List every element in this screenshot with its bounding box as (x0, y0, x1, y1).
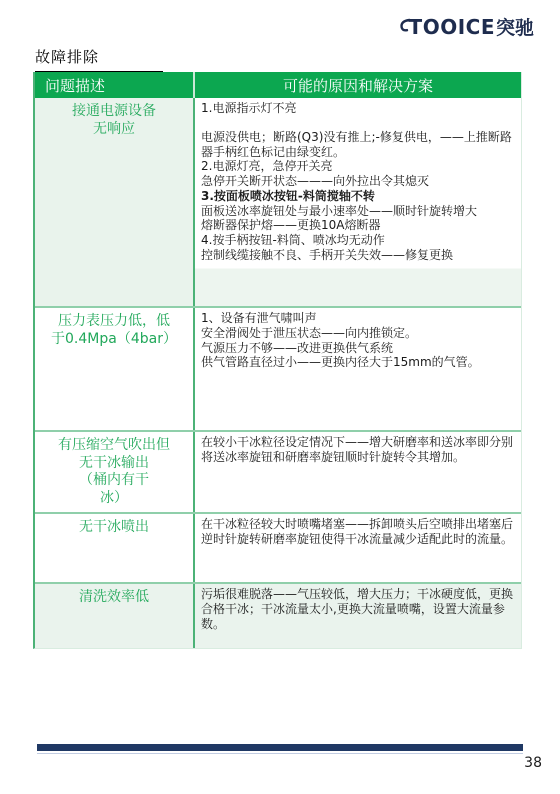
solution-cell: 1、设备有泄气啸叫声 安全滑阀处于泄压状态——向内推锁定。 气源压力不够——改进… (193, 308, 521, 430)
header-problem: 问题描述 (35, 72, 193, 98)
solution-line: 1、设备有泄气啸叫声 (201, 311, 515, 326)
problem-line: 有压缩空气吹出但 (39, 437, 189, 455)
problem-line: 冰） (39, 490, 189, 508)
solution-cell: 污垢很难脱落——气压较低，增大压力；干冰硬度低，更换合格干冰；干冰流量太小,更换… (193, 584, 521, 648)
page-number: 38 (524, 755, 542, 771)
solution-line: 污垢很难脱落——气压较低，增大压力；干冰硬度低，更换合格干冰；干冰流量太小,更换… (201, 587, 515, 631)
problem-line: 无响应 (39, 121, 189, 139)
table-row: 无干冰喷出 在干冰粒径较大时喷嘴堵塞——拆卸喷头后空喷排出堵塞后逆时针旋转研磨率… (35, 512, 521, 582)
problem-cell: 压力表压力低，低 于0.4Mpa（4bar） (35, 308, 193, 430)
brand-logo: TOOICE 突驰 (398, 13, 534, 40)
solution-line (201, 116, 515, 130)
solution-line: 急停开关断开状态———向外拉出令其熄灭 (201, 174, 515, 189)
solution-line: 4.按手柄按钮-料筒、喷冰均无动作 (201, 233, 515, 248)
solution-line: 1.电源指示灯不亮 (201, 101, 515, 116)
solution-line: 安全滑阀处于泄压状态——向内推锁定。 (201, 326, 515, 341)
problem-line: 无干冰输出 (39, 455, 189, 473)
logo-text-cn: 突驰 (496, 13, 534, 40)
problem-cell: 无干冰喷出 (35, 514, 193, 582)
header-solution: 可能的原因和解决方案 (193, 72, 521, 98)
troubleshooting-table: 问题描述 可能的原因和解决方案 接通电源设备 无响应 1.电源指示灯不亮 电源没… (33, 72, 522, 649)
solution-cell: 1.电源指示灯不亮 电源没供电；断路(Q3)没有推上;-修复供电，——上推断路器… (193, 98, 521, 306)
solution-cell: 在干冰粒径较大时喷嘴堵塞——拆卸喷头后空喷排出堵塞后逆时针旋转研磨率旋钮使得干冰… (193, 514, 521, 582)
problem-line: 接通电源设备 (39, 103, 189, 121)
solution-line: 3.按面板喷冰按钮-料筒搅轴不转 (201, 189, 515, 204)
table-row: 压力表压力低，低 于0.4Mpa（4bar） 1、设备有泄气啸叫声 安全滑阀处于… (35, 306, 521, 430)
solution-line: 熔断器保护熔——更换10A熔断器 (201, 218, 515, 233)
solution-line: 电源没供电；断路(Q3)没有推上;-修复供电，——上推断路器手柄红色标记由绿变红… (201, 130, 515, 160)
solution-line: 在较小干冰粒径设定情况下——增大研磨率和送冰率即分别将送冰率旋钮和研磨率旋钮顺时… (201, 435, 515, 465)
problem-cell: 有压缩空气吹出但 无干冰输出 （桶内有干 冰） (35, 432, 193, 512)
logo-text-en: TOOICE (409, 15, 495, 39)
solution-line: 供气管路直径过小——更换内径大于15mm的气管。 (201, 355, 515, 370)
table-header-row: 问题描述 可能的原因和解决方案 (35, 72, 521, 98)
solution-line: 在干冰粒径较大时喷嘴堵塞——拆卸喷头后空喷排出堵塞后逆时针旋转研磨率旋钮使得干冰… (201, 517, 515, 547)
problem-cell: 接通电源设备 无响应 (35, 98, 193, 306)
problem-cell: 清洗效率低 (35, 584, 193, 648)
table-row: 清洗效率低 污垢很难脱落——气压较低，增大压力；干冰硬度低，更换合格干冰；干冰流… (35, 582, 521, 648)
solution-line: 控制线缆接触不良、手柄开关失效——修复更换 (201, 248, 515, 263)
document-page: TOOICE 突驰 故障排除 问题描述 可能的原因和解决方案 接通电源设备 无响… (0, 0, 560, 794)
problem-line: 压力表压力低，低 (39, 313, 189, 331)
table-row: 接通电源设备 无响应 1.电源指示灯不亮 电源没供电；断路(Q3)没有推上;-修… (35, 98, 521, 306)
problem-line: 清洗效率低 (39, 589, 189, 607)
solution-line: 2.电源灯亮，急停开关亮 (201, 159, 515, 174)
table-row: 有压缩空气吹出但 无干冰输出 （桶内有干 冰） 在较小干冰粒径设定情况下——增大… (35, 430, 521, 512)
page-title: 故障排除 (35, 46, 163, 72)
footer-rule-shadow (37, 753, 523, 754)
solution-line: 气源压力不够——改进更换供气系统 (201, 341, 515, 356)
problem-line: （桶内有干 (39, 472, 189, 490)
footer-rule (37, 744, 523, 751)
solution-cell: 在较小干冰粒径设定情况下——增大研磨率和送冰率即分别将送冰率旋钮和研磨率旋钮顺时… (193, 432, 521, 512)
problem-line: 无干冰喷出 (39, 519, 189, 537)
problem-line: 于0.4Mpa（4bar） (39, 331, 189, 349)
solution-line: 面板送冰率旋钮处与最小速率处——顺时针旋转增大 (201, 204, 515, 219)
